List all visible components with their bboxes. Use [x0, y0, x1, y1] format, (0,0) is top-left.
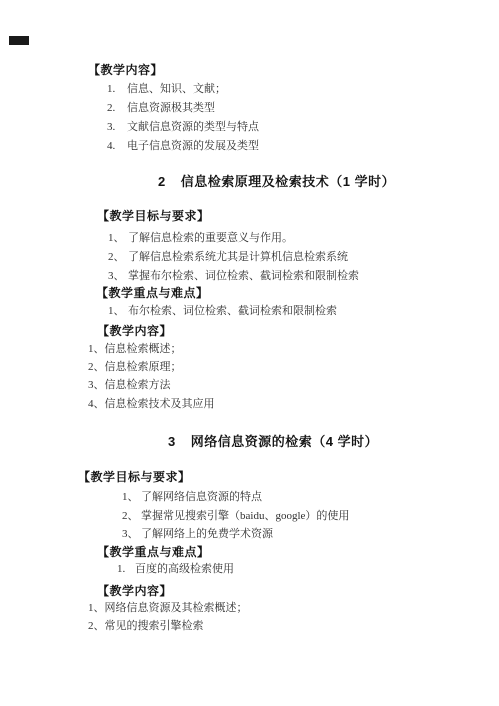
list-item: 3、信息检索方法	[88, 378, 171, 393]
list-item: 2.信息资源极其类型	[107, 101, 215, 116]
list-item: 2、常见的搜索引擎检索	[88, 619, 204, 634]
section1-content-heading: 【教学内容】	[88, 62, 163, 78]
item-text: 了解网络上的免费学术资源	[141, 527, 273, 542]
item-text: 文献信息资源的类型与特点	[127, 120, 259, 135]
item-number: 3、	[108, 269, 128, 284]
list-item: 1.百度的高级检索使用	[117, 562, 234, 577]
item-text: 信息、知识、文献；	[127, 82, 226, 97]
item-number: 3.	[107, 120, 127, 135]
list-item: 1、了解网络信息资源的特点	[122, 490, 262, 505]
item-number: 2、	[122, 509, 141, 524]
section-title-text: 信息检索原理及检索技术（1 学时）	[181, 174, 395, 189]
list-item: 1.信息、知识、文献；	[107, 82, 226, 97]
section2-title: 2信息检索原理及检索技术（1 学时）	[158, 173, 395, 191]
item-number: 2、	[108, 250, 128, 265]
item-number: 1、	[108, 231, 128, 246]
list-item: 1、布尔检索、词位检索、截词检索和限制检索	[108, 304, 337, 319]
list-item: 4.电子信息资源的发展及类型	[107, 139, 259, 154]
section2-content-heading: 【教学内容】	[97, 323, 172, 339]
section2-goals-heading: 【教学目标与要求】	[97, 208, 210, 224]
section3-focus-heading: 【教学重点与难点】	[97, 544, 210, 560]
section3-goals-heading: 【教学目标与要求】	[78, 469, 191, 485]
list-item: 2、了解信息检索系统尤其是计算机信息检索系统	[108, 250, 348, 265]
item-number: 3、	[122, 527, 141, 542]
item-number: 1、	[108, 304, 128, 319]
section-number: 3	[168, 434, 176, 449]
section3-title: 3网络信息资源的检索（4 学时）	[168, 433, 378, 451]
list-item: 1、了解信息检索的重要意义与作用。	[108, 231, 293, 246]
section3-content-heading: 【教学内容】	[97, 583, 172, 599]
item-text: 信息资源极其类型	[127, 101, 215, 116]
item-text: 电子信息资源的发展及类型	[127, 139, 259, 154]
document-page: 【教学内容】 1.信息、知识、文献； 2.信息资源极其类型 3.文献信息资源的类…	[0, 0, 499, 706]
item-text: 掌握常见搜索引擎（baidu、google）的使用	[141, 509, 349, 524]
item-number: 4.	[107, 139, 127, 154]
list-item: 1、信息检索概述；	[88, 342, 182, 357]
item-number: 1.	[117, 562, 135, 577]
list-item: 3、了解网络上的免费学术资源	[122, 527, 273, 542]
section-title-text: 网络信息资源的检索（4 学时）	[191, 434, 378, 449]
list-item: 2、信息检索原理；	[88, 360, 182, 375]
list-item: 4、信息检索技术及其应用	[88, 397, 215, 412]
list-item: 3、掌握布尔检索、词位检索、截词检索和限制检索	[108, 269, 359, 284]
list-item: 3.文献信息资源的类型与特点	[107, 120, 259, 135]
item-text: 了解信息检索的重要意义与作用。	[128, 231, 293, 246]
item-number: 1.	[107, 82, 127, 97]
item-text: 百度的高级检索使用	[135, 562, 234, 577]
scan-artifact	[9, 36, 29, 45]
list-item: 2、掌握常见搜索引擎（baidu、google）的使用	[122, 509, 349, 524]
item-text: 掌握布尔检索、词位检索、截词检索和限制检索	[128, 269, 359, 284]
item-number: 1、	[122, 490, 141, 505]
list-item: 1、网络信息资源及其检索概述；	[88, 601, 248, 616]
section-number: 2	[158, 174, 166, 189]
item-text: 了解网络信息资源的特点	[141, 490, 262, 505]
section2-focus-heading: 【教学重点与难点】	[96, 285, 209, 301]
item-text: 了解信息检索系统尤其是计算机信息检索系统	[128, 250, 348, 265]
item-text: 布尔检索、词位检索、截词检索和限制检索	[128, 304, 337, 319]
item-number: 2.	[107, 101, 127, 116]
